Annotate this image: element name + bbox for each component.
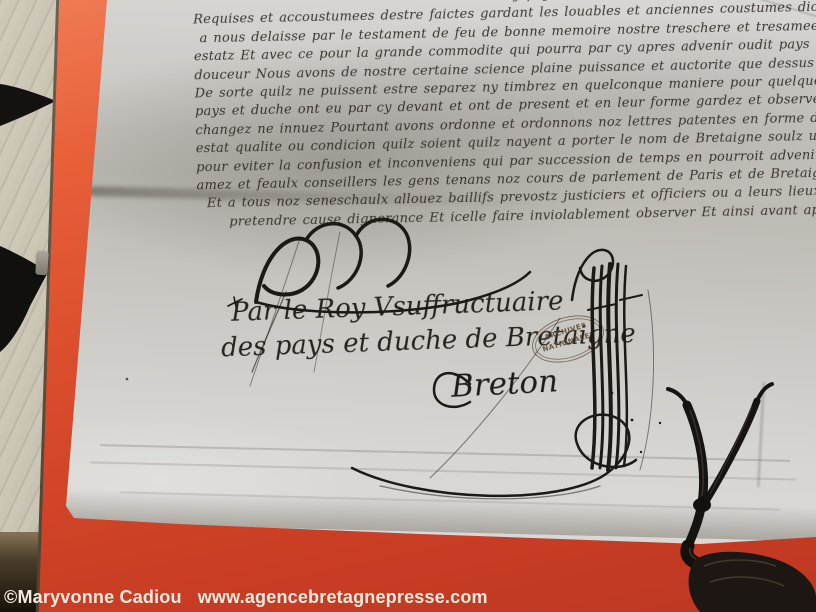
fold-crease bbox=[757, 382, 764, 487]
fold-crease bbox=[90, 461, 796, 480]
photo-of-brittany-charter: celluy pays Et quil soit ainsi tenu Et v… bbox=[0, 0, 816, 612]
copyright-text: ©Maryvonne Cadiou bbox=[4, 587, 182, 607]
endorsement-line-1: Par le Roy Vsuffructuaire bbox=[231, 286, 564, 328]
metal-clip bbox=[35, 251, 49, 276]
photo-credit-caption: ©Maryvonne Cadiouwww.agencebretagnepress… bbox=[4, 587, 488, 608]
fold-crease bbox=[120, 491, 780, 510]
manuscript-text-block: celluy pays Et quil soit ainsi tenu Et v… bbox=[193, 0, 816, 232]
fold-crease bbox=[100, 444, 790, 462]
parchment-document: celluy pays Et quil soit ainsi tenu Et v… bbox=[0, 0, 816, 612]
website-text: www.agencebretagnepresse.com bbox=[198, 587, 488, 607]
